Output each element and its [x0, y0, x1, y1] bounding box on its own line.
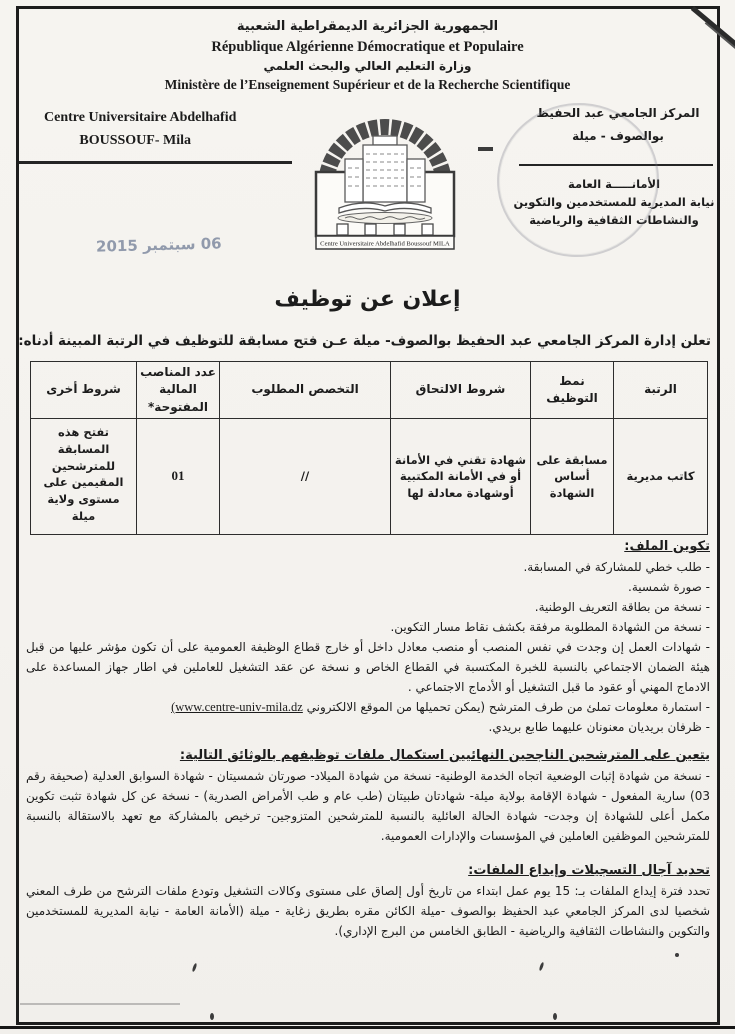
header-open-positions: عدد المناصب المالية المفتوحة* [137, 362, 220, 419]
scan-bottom-edge [0, 1026, 735, 1029]
announcement-title: إعلان عن توظيف [0, 287, 735, 312]
scan-speck [210, 1013, 214, 1020]
scan-speck [675, 953, 679, 957]
dossier-item: - طلب خطي للمشاركة في المسابقة. [26, 557, 710, 577]
cell-admission-conditions: شهادة تقني في الأمانة أو في الأمانة المك… [391, 419, 531, 535]
dossier-section-heading: تكوين الملف: [26, 537, 710, 557]
deadlines-paragraph: تحدد فترة إيداع الملفات بـ: 15 يوم عمل ا… [26, 881, 710, 941]
dossier-item: - نسخة من الشهادة المطلوبة مرفقة بكشف نق… [26, 617, 710, 637]
deadlines-section-heading: تحديد آجال التسجيلات وإيداع الملفات: [26, 861, 710, 881]
cell-recruitment-mode: مسابقة على أساس الشهادة [531, 419, 614, 535]
dossier-item: - نسخة من بطاقة التعريف الوطنية. [26, 597, 710, 617]
emblem-building [345, 136, 425, 202]
cell-rank: كاتب مديرية [614, 419, 708, 535]
header-required-specialty: التخصص المطلوب [220, 362, 391, 419]
emblem-caption-text: Centre Universitaire Abdelhafid Boussouf… [320, 241, 450, 248]
header-rank: الرتبة [614, 362, 708, 419]
scan-smudge [20, 1003, 180, 1005]
recruitment-table: الرتبة نمط التوظيف شروط الالتحاق التخصص … [30, 361, 708, 535]
cell-other-conditions: تفتح هذه المسابقة للمترشحين المقيمين على… [31, 419, 137, 535]
university-website-url[interactable]: (www.centre-univ-mila.dz [171, 700, 303, 714]
university-name-french-line1: Centre Universitaire Abdelhafid [44, 110, 236, 126]
dossier-item: - صورة شمسية. [26, 577, 710, 597]
ministry-name-french: Ministère de l’Enseignement Supérieur et… [0, 77, 735, 93]
scan-speck [539, 962, 545, 971]
cell-required-specialty: // [220, 419, 391, 535]
dossier-item-work-certificates: - شهادات العمل إن وجدت في نفس المنصب أو … [26, 637, 710, 697]
ministry-name-arabic: وزارة التعليم العالي والبحث العلمي [0, 60, 735, 74]
scanned-document-page: الجمهورية الجزائرية الديمقراطية الشعبية … [0, 0, 735, 1034]
university-emblem-logo: Centre Universitaire Abdelhafid Boussouf… [299, 114, 471, 250]
final-documents-paragraph: - نسخة من شهادة إثبات الوضعية اتجاه الخد… [26, 766, 710, 846]
header-admission-conditions: شروط الالتحاق [391, 362, 531, 419]
final-documents-section-heading: يتعين على المترشحين الناجحين النهائيين ا… [26, 746, 710, 766]
scan-speck [192, 963, 198, 972]
dossier-item-envelopes: - ظرفان بريديان معنونان عليهما طابع بريد… [26, 717, 710, 737]
republic-name-arabic: الجمهورية الجزائرية الديمقراطية الشعبية [0, 20, 735, 35]
table-header-row: الرتبة نمط التوظيف شروط الالتحاق التخصص … [31, 362, 708, 419]
republic-name-french: République Algérienne Démocratique et Po… [0, 39, 735, 56]
header-recruitment-mode: نمط التوظيف [531, 362, 614, 419]
table-row: كاتب مديرية مسابقة على أساس الشهادة شهاد… [31, 419, 708, 535]
header-rule-left [19, 161, 292, 164]
header-other-conditions: شروط أخرى [31, 362, 137, 419]
scan-ink-mark [478, 147, 493, 151]
dossier-item-information-form: - استمارة معلومات تملئ من طرف المترشح (ي… [26, 697, 710, 717]
date-stamp: 06 سبتمبر 2015 [96, 234, 222, 255]
intro-sentence: تعلن إدارة المركز الجامعي عبد الحفيظ بوا… [18, 333, 711, 349]
cell-open-positions: 01 [137, 419, 220, 535]
information-form-text: - استمارة معلومات تملئ من طرف المترشح (ي… [307, 700, 710, 714]
government-header: الجمهورية الجزائرية الديمقراطية الشعبية … [0, 20, 735, 93]
document-body-sections: تكوين الملف: - طلب خطي للمشاركة في المسا… [26, 537, 710, 941]
university-name-french-block: Centre Universitaire Abdelhafid BOUSSOUF… [44, 110, 236, 149]
university-name-french-line2: BOUSSOUF- Mila [44, 133, 236, 149]
scan-speck [553, 1013, 557, 1020]
